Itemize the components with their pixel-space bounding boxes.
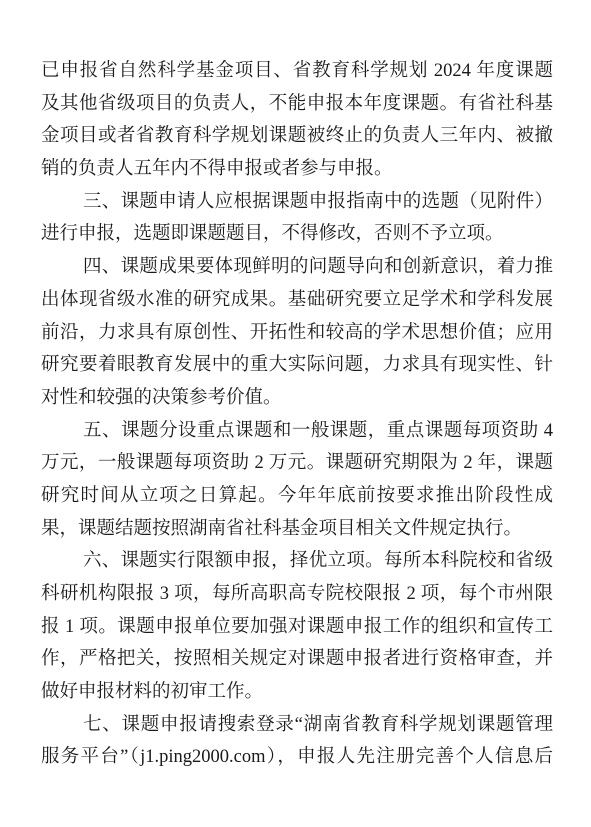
text-line: 科研机构限报 3 项，每所高职高专院校限报 2 项，每个市州限 <box>41 578 553 611</box>
text-line: 销的负责人五年内不得申报或者参与申报。 <box>41 153 553 186</box>
text-line: 做好申报材料的初审工作。 <box>41 676 553 709</box>
text-line: 已申报省自然科学基金项目、省教育科学规划 2024 年度课题 <box>41 55 553 88</box>
text-line: 报 1 项。课题申报单位要加强对课题申报工作的组织和宣传工 <box>41 611 553 644</box>
text-line: 研究要着眼教育发展中的重大实际问题，力求具有现实性、针 <box>41 349 553 382</box>
text-line: 金项目或者省教育科学规划课题被终止的负责人三年内、被撤 <box>41 120 553 153</box>
text-line: 服务平台”（j1.ping2000.com），申报人先注册完善个人信息后 <box>41 741 553 774</box>
text-line: 四、课题成果要体现鲜明的问题导向和创新意识，着力推 <box>41 251 553 284</box>
text-line: 五、课题分设重点课题和一般课题，重点课题每项资助 4 <box>41 415 553 448</box>
text-line: 研究时间从立项之日算起。今年年底前按要求推出阶段性成 <box>41 480 553 513</box>
text-line: 万元，一般课题每项资助 2 万元。课题研究期限为 2 年，课题 <box>41 447 553 480</box>
text-line: 前沿，力求具有原创性、开拓性和较高的学术思想价值；应用 <box>41 317 553 350</box>
text-line: 三、课题申请人应根据课题申报指南中的选题（见附件） <box>41 186 553 219</box>
text-line: 六、课题实行限额申报，择优立项。每所本科院校和省级 <box>41 545 553 578</box>
text-line: 及其他省级项目的负责人，不能申报本年度课题。有省社科基 <box>41 88 553 121</box>
text-line: 作，严格把关，按照相关规定对课题申报者进行资格审查，并 <box>41 643 553 676</box>
text-line: 对性和较强的决策参考价值。 <box>41 382 553 415</box>
paragraph: 六、课题实行限额申报，择优立项。每所本科院校和省级 科研机构限报 3 项，每所高… <box>41 545 553 708</box>
text-line: 进行申报，选题即课题题目，不得修改，否则不予立项。 <box>41 218 553 251</box>
paragraph: 三、课题申请人应根据课题申报指南中的选题（见附件） 进行申报，选题即课题题目，不… <box>41 186 553 251</box>
text-line: 果，课题结题按照湖南省社科基金项目相关文件规定执行。 <box>41 513 553 546</box>
paragraph: 五、课题分设重点课题和一般课题，重点课题每项资助 4 万元，一般课题每项资助 2… <box>41 415 553 546</box>
paragraph: 四、课题成果要体现鲜明的问题导向和创新意识，着力推 出体现省级水准的研究成果。基… <box>41 251 553 414</box>
text-line: 出体现省级水准的研究成果。基础研究要立足学术和学科发展 <box>41 284 553 317</box>
document-page: 已申报省自然科学基金项目、省教育科学规划 2024 年度课题 及其他省级项目的负… <box>0 0 591 827</box>
paragraph: 七、课题申报请搜索登录“湖南省教育科学规划课题管理 服务平台”（j1.ping2… <box>41 709 553 774</box>
paragraph: 已申报省自然科学基金项目、省教育科学规划 2024 年度课题 及其他省级项目的负… <box>41 55 553 186</box>
text-line: 七、课题申报请搜索登录“湖南省教育科学规划课题管理 <box>41 709 553 742</box>
